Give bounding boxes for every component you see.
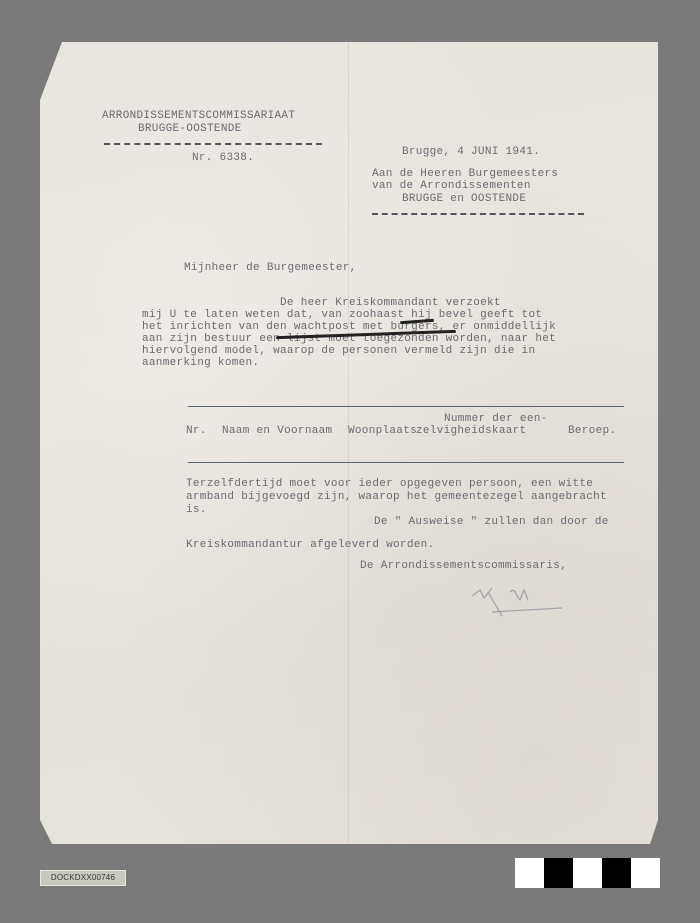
office-name: ARRONDISSEMENTSCOMMISSARIAAT: [102, 110, 295, 123]
col-profession: Beroep.: [568, 425, 616, 438]
document-page: ARRONDISSEMENTSCOMMISSARIAAT BRUGGE-OOST…: [40, 42, 658, 844]
scale-cell: [544, 858, 573, 888]
col-id-line2: zelvigheidskaart: [416, 425, 526, 438]
table-bottom-rule: [188, 462, 624, 463]
addressee-divider: [372, 213, 584, 215]
table-top-rule: [188, 406, 624, 407]
addressee-line-3: BRUGGE en OOSTENDE: [402, 193, 526, 206]
salutation: Mijnheer de Burgemeester,: [184, 262, 357, 275]
signature-mark: [462, 582, 572, 622]
addressee-line-2: van de Arrondissementen: [372, 180, 531, 193]
scale-cell: [515, 858, 544, 888]
scale-cell: [631, 858, 660, 888]
scale-cell: [573, 858, 602, 888]
office-location: BRUGGE-OOSTENDE: [138, 123, 242, 136]
scale-cell: [602, 858, 631, 888]
color-scale-bar: [515, 858, 660, 888]
place-date: Brugge, 4 JUNI 1941.: [402, 146, 540, 159]
letterhead-divider: [104, 143, 322, 145]
catalog-number-label: DOCKDXX00746: [40, 870, 126, 886]
closing: De Arrondissementscommissaris,: [360, 560, 567, 573]
col-name: Naam en Voornaam: [222, 425, 332, 438]
col-residence: Woonplaats: [348, 425, 417, 438]
reference-number: Nr. 6338.: [192, 152, 254, 165]
col-nr: Nr.: [186, 425, 207, 438]
